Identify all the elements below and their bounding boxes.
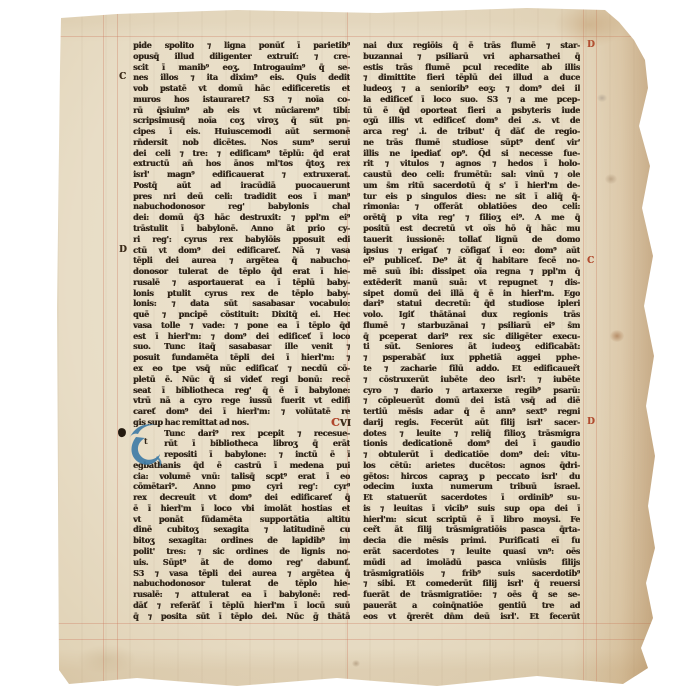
text-line: tauerit iussionē: tollať lignū de domo (363, 234, 580, 245)
text-line: lonis: ⁊ data sūt sasabasar vocabulo: (133, 298, 350, 309)
text-line: nes illos ⁊ ita dixim⁹ eis. Quis dedit (133, 72, 350, 83)
text-line: te ⁊ zacharie filū addo. Et edificaueřt (363, 363, 580, 374)
stain (605, 174, 617, 184)
text-line: pres nri deū celi: tradidit eos ī man⁹ (133, 191, 350, 202)
text-line: rusalē ⁊ asportauerat ea ī tēplū baby- (133, 277, 350, 288)
incunabula-leaf: pide spolito ⁊ ligna ponūť ī parietib⁹op… (57, 8, 657, 690)
margin-letter: D (587, 417, 595, 427)
text-line: ex eo tpe vsq̄ nūc edificať ⁊ necdū cō- (133, 363, 350, 374)
text-line: positū est decretū vt oīs hō q̄ hāc mu (363, 223, 580, 234)
chapter-numeral: VI (340, 419, 351, 429)
text-line: quē ⁊ pncipē cōstituit: Dixitq̄ ei. Hec (133, 309, 350, 320)
stain (352, 660, 360, 667)
text-line: odecim iuxta numerum tribuū israel. (363, 481, 580, 492)
text-line: rn̄dersit nob dicētes. Nos sum⁹ serui (133, 137, 350, 148)
text-line: ⁊ obtulerūt ī dedicatiōe dom⁹ dei: vitu- (363, 449, 580, 460)
text-line: nabuchodonosor tulerat de tēplo hie- (133, 578, 350, 589)
text-line: tēpli dei aurea ⁊ argētea q̄ nabucho- (133, 255, 350, 266)
initial-guide-letter: t (144, 436, 148, 446)
text-line: rex decreuit vt dom⁹ dei edificareť q̄ (133, 492, 350, 503)
text-line: cyro ⁊ dario ⁊ artaxerxe regib⁹ psarū: (363, 385, 580, 396)
text-line: gētos: hircos capraʒ p peccato isrl' du (363, 471, 580, 482)
text-line: oʒū illis vt edificeť dom⁹ dei .s. vt de (363, 115, 580, 126)
text-line: dinē cubitoʒ sexagita ⁊ latitudinē cu (133, 524, 350, 535)
text-line: est ī hierl'm: ⁊ dom⁹ dei edificeť ī loc… (133, 331, 350, 342)
photo-background: pide spolito ⁊ ligna ponūť ī parietib⁹op… (0, 0, 700, 700)
text-line: polit' tres: ⁊ sic ordines de lignis no- (133, 546, 350, 557)
ruling-line-vertical (596, 8, 597, 690)
margin-letter: C (119, 72, 126, 82)
text-line: caustū deo celi: frumētū: sal: vinū ⁊ ol… (363, 169, 580, 180)
text-line: ne trās flumē studiose sūpt⁹ denť vir' (363, 137, 580, 148)
text-line: vtrū nā a cyro rege iussū fuerit vt edif… (133, 395, 350, 406)
text-line: vasa tolle ⁊ vade: ⁊ pone ea ī tēplo q̄d (133, 320, 350, 331)
margin-letter: D (587, 40, 595, 50)
text-column-right: nai dux regiōis q̄ ē trās flumē ⁊ star-b… (363, 40, 580, 621)
text-line: pletū ē. Nūc q̄ si videť regi bonū: recē (133, 374, 350, 385)
text-line: pauerāt a coinq̄natiōe gentiū tre ad (363, 600, 580, 611)
text-line: vt ponāt fūdamēta supportātia altitu (133, 514, 350, 525)
text-line: uis. Sūpt⁹ āt de domo reg' dabunť. (133, 557, 350, 568)
text-line: lonis ptulit cyrus rex de tēplo baby- (133, 288, 350, 299)
text-line: decia die mēsis primi. Purificati eī fu (363, 535, 580, 546)
text-line: vob pstatē vt domū hāc edificeretis et (133, 83, 350, 94)
text-line: tur eis p singulos dies: ne sit ī aliq̄ … (363, 191, 580, 202)
text-line: dei celi ⁊ tre: ⁊ edificam⁹ tēplū: q̄d e… (133, 148, 350, 159)
text-line: pide spolito ⁊ ligna ponūť ī parietib⁹ (133, 40, 350, 51)
text-line: nai dux regiōis q̄ ē trās flumē ⁊ star- (363, 40, 580, 51)
margin-letter: C (587, 256, 594, 266)
text-line: mūdi ad imolādū pasca vniūsis filijs (363, 557, 580, 568)
text-line: fuerāt de trāsmigratiōe: ⁊ oēs q̄ se se- (363, 589, 580, 600)
text-line: suo. Tunc itaq̄ sasabasar ille venit ⁊ (133, 341, 350, 352)
text-line: ⁊ cōpleuerūt domū dei istā vsq̄ ad diē (363, 395, 580, 406)
ruling-line-horizontal (57, 639, 657, 640)
text-line: is ⁊ leuitas ī vicib⁹ suis sup opa dei ī (363, 503, 580, 514)
ruling-line-horizontal (57, 623, 657, 624)
ruling-line-vertical (117, 8, 118, 690)
text-line: tionis dedicationē dom⁹ dei ī gaudio (363, 438, 580, 449)
text-line: Et statuerūt sacerdotes ī ordinib⁹ su- (363, 492, 580, 503)
text-line: ceřt āt filij trāsmigratiōis pasca q̄rta… (363, 524, 580, 535)
text-line: q̄ pceperat dari⁹ rex sic diligēter exec… (363, 331, 580, 342)
text-line: muros hos istauraret? S3 ⁊ noīa co- (133, 94, 350, 105)
text-line: um s̄m ritū sacerdotū q̄ s' ī hierl'm de… (363, 180, 580, 191)
text-line: orētq̄ p vita reg' ⁊ filioʒ ei⁹. A me q̄ (363, 212, 580, 223)
text-line: darij regis. Fecerūt aūt filij isrl' sac… (363, 417, 580, 428)
ruling-line-horizontal (57, 36, 657, 37)
text-line: rū q̄siuim⁹ ab eis vt nūciarem⁹ tibi: (133, 105, 350, 116)
text-line: tertiū mēsis adar q̄ ē ann⁹ sext⁹ regni (363, 406, 580, 417)
text-line: opusq̄ illud diligenter extruiť: ⁊ cre- (133, 51, 350, 62)
text-line: trāstulit ī babylonē. Anno āt prio cy- (133, 223, 350, 234)
text-line: dari⁹ statui decretū: q̄d studiose ipler… (363, 298, 580, 309)
margin-letter: D (119, 245, 127, 255)
text-line: posuit fundamēta tēpli dei ī hierl'm: ⁊ (133, 352, 350, 363)
text-line: la edificeť ī loco suo. S3 ⁊ a me pcep- (363, 94, 580, 105)
text-line: scripsimusq̄ noīa coʒ viroʒ q̄ sūt pn- (133, 115, 350, 126)
text-line: ludeoʒ ⁊ a seniorib⁹ eoʒ: ⁊ dom⁹ dei il (363, 83, 580, 94)
text-line: ē ī hierl'm ī loco vbi imolāt hostias et (133, 503, 350, 514)
text-line: rit ⁊ vitulos ⁊ agnos ⁊ hedos ī holo- (363, 158, 580, 169)
text-line: erāt sacerdotes ⁊ leuite quasi vn⁹: oēs (363, 546, 580, 557)
text-line: ctū vt dom⁹ dei edificareť. Nā ⁊ vasa (133, 245, 350, 256)
text-line: illis ne ipediať op⁹. Q̄d si necesse fue… (363, 148, 580, 159)
text-line: hierl'm: sicut scriptū ē ī libro moysi. … (363, 514, 580, 525)
text-line: S3 ⁊ vasa tēpli dei aurea ⁊ argētea q̄ (133, 568, 350, 579)
text-line: buzannai ⁊ psiliarū vri apharsathei q̄ (363, 51, 580, 62)
text-line: q̄ ⁊ posita sūt ī tēplo dei. Nūc ḡ thātā (133, 611, 350, 622)
text-line: estis trās flumē pcul recedite ab illis (363, 62, 580, 73)
text-line: dāť ⁊ referāť ī tēplū hierl'm ī locū suū (133, 600, 350, 611)
text-line: cia: volumē vnū: talisq̄ scpt⁹ erat ī eo (133, 471, 350, 482)
stain (610, 330, 624, 342)
text-line: ⁊ dimittite fieri tēplū dei illud a duce (363, 72, 580, 83)
text-column-left: pide spolito ⁊ ligna ponūť ī parietib⁹op… (133, 40, 350, 621)
text-line: scit ī manib⁹ eoʒ. Introgauim⁹ q̄ se- (133, 62, 350, 73)
ruling-line-vertical (583, 8, 584, 690)
text-line: ⁊ psperabāť iux pphetiā aggei pphe- (363, 352, 580, 363)
text-line: Postq̄ aūt ad iracūdiā puocauerunt (133, 180, 350, 191)
text-line: nabuchodonosor reg' babylonis chal (133, 201, 350, 212)
text-line: eos vt q̄rerēt dn̄m deū isrl'. Et fecerū… (363, 611, 580, 622)
text-line: bitoʒ sexagita: ordines de lapidib⁹ im (133, 535, 350, 546)
stain (77, 644, 137, 674)
text-line: rusalē: ⁊ attulerat ea ī babylonē: red- (133, 589, 350, 600)
text-line: rimonia: ⁊ offerāt oblatiōes deo celi: (363, 201, 580, 212)
text-line: dei: domū q̄3 hāc destruxit: ⁊ ppl'm ei⁹ (133, 212, 350, 223)
text-line: mē suū ibi: dissipet oīa regna ⁊ ppl'm q… (363, 266, 580, 277)
pilcrow-icon: C (331, 416, 340, 429)
text-line: seat ī bibliotheca reg' q̄ ē ī babylone: (133, 385, 350, 396)
stain (597, 94, 607, 102)
text-line: sipet domū dei illā q̄ ē in hierl'm. Ego (363, 288, 580, 299)
text-line: tū ē q̄d oporteat fieri a psbyteris iude (363, 105, 580, 116)
text-line: arca reg' .i. de tribut' q̄ dāť de regio… (363, 126, 580, 137)
text-line: ti sūt. Seniores āt iudeoʒ edificabāt: (363, 341, 580, 352)
text-line: ipsius ⁊ erigať ⁊ cōfigať ī eo: dom⁹ aūt (363, 245, 580, 256)
text-line: cōmētari⁹. Anno pmo cyri reg': cyr⁹ (133, 481, 350, 492)
text-line: dotes ⁊ leuite ⁊ reliq̄ filioʒ trāsmigra (363, 428, 580, 439)
text-line: extēderit manū suā: vt repugnet ⁊ dis- (363, 277, 580, 288)
text-line: isrl' magn⁹ edificauerat ⁊ extruxerat. (133, 169, 350, 180)
text-line: ⁊ cōstruxerūt iubēte deo isrl': ⁊ iubēte (363, 374, 580, 385)
chapter-mark: CVI (315, 416, 351, 429)
text-line: donosor tulerat de tēplo q̄d erat ī hie- (133, 266, 350, 277)
text-line: cipes ī eis. Huiuscemodi aūt sermonē (133, 126, 350, 137)
text-line: ri reg': cyrus rex babylōis pposuit edi (133, 234, 350, 245)
guide-letter-mark (117, 427, 127, 437)
text-line: trāsmigratiōis ⁊ frib⁹ suis sacerdotib⁹ (363, 568, 580, 579)
text-line: ⁊ sibi. Et comederūt filij isrl' q̄ reue… (363, 578, 580, 589)
text-line: ei⁹ publiceť. De⁹ āt q̄ habitare fecē no… (363, 255, 580, 266)
text-line: volo. Igiť thātānai dux regionis trās (363, 309, 580, 320)
text-line: extructū an̄ hos ānos ml'tos q̄toʒ rex (133, 158, 350, 169)
text-line: los cētū: arietes ducētos: agnos q̄dri- (363, 460, 580, 471)
ruling-line-vertical (103, 8, 104, 690)
text-line: flumē ⁊ starbuzānai ⁊ psiliarū ei⁹ s̄m (363, 320, 580, 331)
